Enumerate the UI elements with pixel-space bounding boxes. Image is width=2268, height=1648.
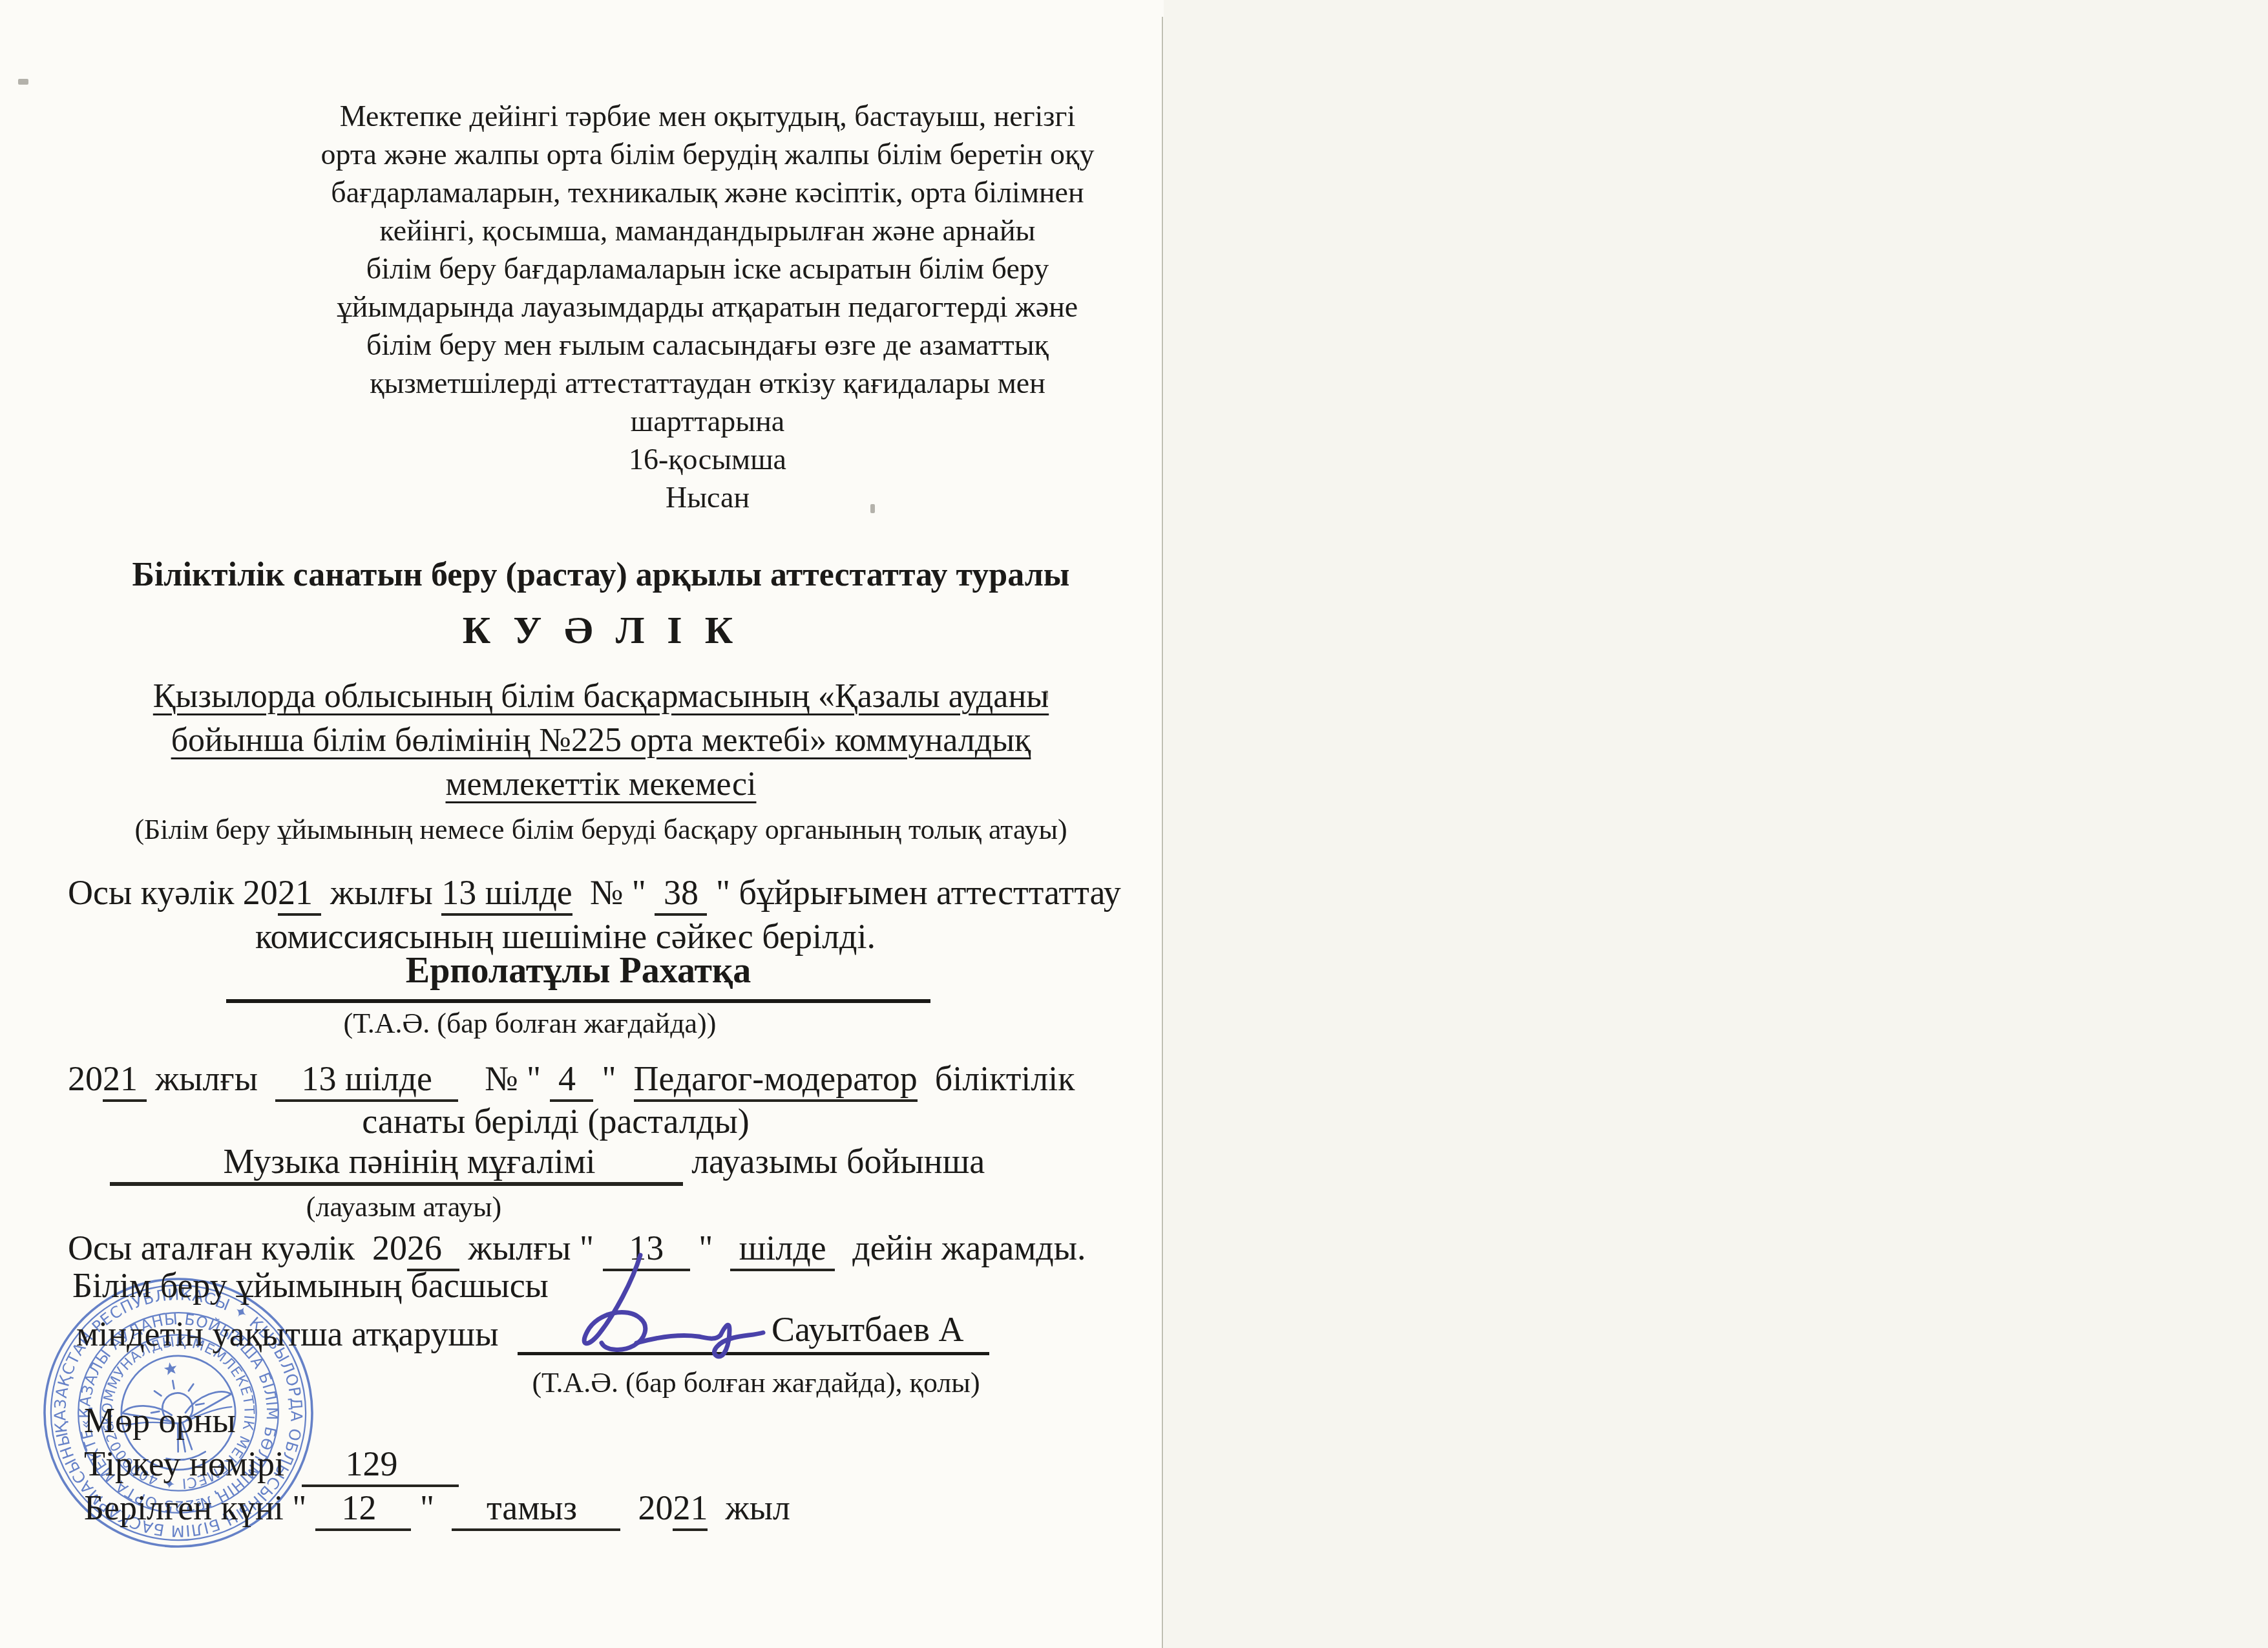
seal-place-label: Мөр орны bbox=[84, 1399, 236, 1442]
text-segment: № " bbox=[572, 873, 655, 912]
page-edge-line bbox=[1162, 17, 1163, 1648]
recipient-name: Ерполатұлы Рахатқа bbox=[406, 951, 751, 991]
annex-note-line: Нысан bbox=[255, 478, 1160, 516]
organization-line: бойынша білім бөлімінің №225 орта мектеб… bbox=[97, 719, 1105, 763]
order-line: Осы куәлік 2021 жылғы 13 шілде № " 38 " … bbox=[68, 871, 1121, 914]
head-of-organization-line: Білім беру ұйымының басшысы bbox=[72, 1264, 549, 1307]
text-segment: 21 bbox=[103, 1059, 147, 1102]
text-segment: Берілген күні " bbox=[84, 1488, 315, 1527]
category-line-continued: санаты берілді (расталды) bbox=[68, 1100, 1044, 1143]
text-segment bbox=[596, 1142, 683, 1186]
position-caption: (лауазым атауы) bbox=[197, 1189, 611, 1225]
annex-note-line: білім беру мен ғылым саласындағы өзге де… bbox=[255, 326, 1160, 364]
text-segment bbox=[110, 1142, 224, 1186]
text-segment: дейін жарамды. bbox=[835, 1229, 1086, 1267]
organization-name: Қызылорда облысының білім басқармасының … bbox=[97, 675, 1105, 848]
acting-head-label: міндетін уақытша атқарушы bbox=[76, 1313, 498, 1355]
position-line: Музыка пәнінің мұғалімі лауазымы бойынша bbox=[110, 1140, 985, 1183]
scan-speck bbox=[18, 79, 28, 85]
organization-line: мемлекеттік мекемесі bbox=[97, 763, 1105, 807]
text-segment: лауазымы бойынша bbox=[683, 1142, 985, 1181]
text-segment: Осы куәлік 20 bbox=[68, 873, 278, 912]
category-line: 2021 жылғы 13 шілде № " 4 " Педагог-моде… bbox=[68, 1057, 1075, 1100]
annex-note-line: орта және жалпы орта білім берудің жалпы… bbox=[255, 135, 1160, 173]
text-segment: № " bbox=[458, 1059, 549, 1098]
annex-note-line: қызметшілерді аттестаттаудан өткізу қағи… bbox=[255, 364, 1160, 402]
text-segment: 21 bbox=[673, 1488, 708, 1531]
text-segment: " bbox=[593, 1059, 634, 1098]
scanner-background bbox=[1164, 0, 2268, 1648]
annex-note-line: білім беру бағдарламаларын іске асыратын… bbox=[255, 249, 1160, 288]
text-segment: 38 bbox=[655, 873, 707, 916]
annex-note-line: Мектепке дейінгі тәрбие мен оқытудың, ба… bbox=[255, 97, 1160, 135]
text-segment: " бұйрығымен аттесттаттау bbox=[707, 873, 1120, 912]
annex-note: Мектепке дейінгі тәрбие мен оқытудың, ба… bbox=[255, 97, 1160, 516]
recipient-caption: (Т.А.Ә. (бар болған жағдайда)) bbox=[0, 1006, 1060, 1042]
text-segment: 4 bbox=[550, 1059, 594, 1102]
signature-strokes bbox=[584, 1255, 763, 1357]
issue-date-line: Берілген күні " 12 " тамыз 2021 жыл bbox=[84, 1486, 790, 1529]
text-segment: жылғы bbox=[321, 873, 441, 912]
text-segment: 20 bbox=[620, 1488, 673, 1527]
text-segment: Музыка пәнінің мұғалімі bbox=[224, 1142, 596, 1186]
text-segment: Осы аталған куәлік 20 bbox=[68, 1229, 407, 1267]
handwritten-signature bbox=[572, 1247, 785, 1377]
text-segment: біліктілік bbox=[918, 1059, 1075, 1098]
text-segment: Тіркеу нөмірі bbox=[84, 1444, 302, 1483]
annex-note-line: 16-қосымша bbox=[255, 440, 1160, 478]
title-main-line: К У Ә Л І К bbox=[97, 606, 1105, 654]
text-segment: 20 bbox=[68, 1059, 103, 1098]
text-segment: жылғы bbox=[147, 1059, 275, 1098]
title-subject-line: Біліктілік санатын беру (растау) арқылы … bbox=[97, 553, 1105, 597]
registration-number-line: Тіркеу нөмірі 129 bbox=[84, 1442, 459, 1485]
organization-caption: (Білім беру ұйымының немесе білім беруді… bbox=[97, 812, 1105, 848]
text-segment: " bbox=[411, 1488, 452, 1527]
annex-note-line: ұйымдарында лауазымдарды атқаратын педаг… bbox=[255, 288, 1160, 326]
recipient-name-line: Ерполатұлы Рахатқа bbox=[226, 950, 930, 1003]
signer-name: Сауытбаев А bbox=[772, 1308, 964, 1351]
text-segment: 13 шілде bbox=[275, 1059, 458, 1102]
text-segment: 13 шілде bbox=[441, 873, 572, 916]
text-segment: 129 bbox=[302, 1444, 459, 1487]
annex-note-line: шарттарына bbox=[255, 402, 1160, 440]
acting-head-signature-row: міндетін уақытша атқарушы Сауытбаев А bbox=[76, 1307, 989, 1355]
scanned-certificate-page: ҚАЗАҚСТАН РЕСПУБЛИКАСЫ ✦ ҚЫЗЫЛОРДА ОБЛЫС… bbox=[0, 0, 2268, 1648]
text-segment: тамыз bbox=[452, 1488, 621, 1531]
organization-line: Қызылорда облысының білім басқармасының … bbox=[97, 675, 1105, 719]
text-segment: 12 bbox=[315, 1488, 412, 1531]
annex-note-line: бағдарламаларын, техникалық және кәсіпті… bbox=[255, 173, 1160, 211]
text-segment: Педагог-модератор bbox=[634, 1059, 918, 1102]
text-segment: 21 bbox=[278, 873, 322, 916]
document-title: Біліктілік санатын беру (растау) арқылы … bbox=[97, 553, 1105, 654]
text-segment: жыл bbox=[708, 1488, 790, 1527]
annex-note-line: кейінгі, қосымша, мамандандырылған және … bbox=[255, 211, 1160, 249]
